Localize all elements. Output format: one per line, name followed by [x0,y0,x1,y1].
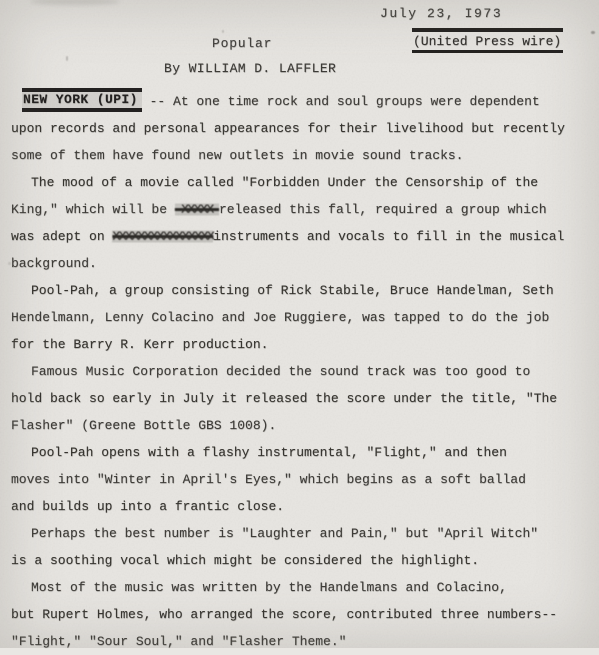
censored-word: -XXXXX- [175,204,219,216]
article-line: moves into "Winter in April's Eyes," whi… [11,466,595,493]
article-line: Famous Music Corporation decided the sou… [11,358,595,385]
article-line: is a soothing vocal which might be consi… [11,547,595,574]
article-line: some of them have found new outlets in m… [11,142,595,169]
line-text: King," which will be [11,202,175,217]
article-line: The mood of a movie called "Forbidden Un… [11,169,595,196]
byline: By WILLIAM D. LAFFLER [164,61,336,76]
article-line: Pool-Pah, a group consisting of Rick Sta… [11,277,595,304]
dateline-stamp: NEW YORK (UPI) [22,88,142,112]
article-line: hold back so early in July it released t… [11,385,595,412]
article-line: background. [11,250,595,277]
line-text: instruments and vocals to fill in the mu… [213,229,564,244]
scan-speck [66,56,68,61]
article-line: for the Barry R. Kerr production. [11,331,595,358]
article-line: but Rupert Holmes, who arranged the scor… [11,601,595,628]
article-line: upon records and personal appearances fo… [11,115,595,142]
scanned-document-page: July 23, I973 Popular (United Press wire… [0,0,599,648]
section-title: Popular [212,36,272,51]
article-line: Flasher" (Greene Bottle GBS 1008). [11,412,595,439]
wire-credit: (United Press wire) [412,28,563,53]
article-line: "Flight," "Sour Soul," and "Flasher Them… [11,628,595,648]
scan-speck [222,30,224,33]
article-line: Pool-Pah opens with a flashy instrumenta… [11,439,595,466]
scan-smudge [30,0,120,5]
article-body: NEW YORK (UPI) -- At one time rock and s… [11,88,595,648]
line-text: released this fall, required a group whi… [219,202,547,217]
article-line: Perhaps the best number is "Laughter and… [11,520,595,547]
article-line: Hendelmann, Lenny Colacino and Joe Ruggi… [11,304,595,331]
scan-speck [591,31,595,34]
article-line: Most of the music was written by the Han… [11,574,595,601]
article-line: was adept on XXXXXXXXXXXXXXXXinstruments… [11,223,595,250]
article-line: NEW YORK (UPI) -- At one time rock and s… [11,88,595,115]
article-line: and builds up into a frantic close. [11,493,595,520]
date-stamp: July 23, I973 [380,6,502,21]
article-line: King," which will be -XXXXX-released thi… [11,196,595,223]
line-text: was adept on [11,229,112,244]
line-text: -- At one time rock and soul groups were… [142,94,540,109]
censored-word: XXXXXXXXXXXXXXXX [112,231,213,243]
